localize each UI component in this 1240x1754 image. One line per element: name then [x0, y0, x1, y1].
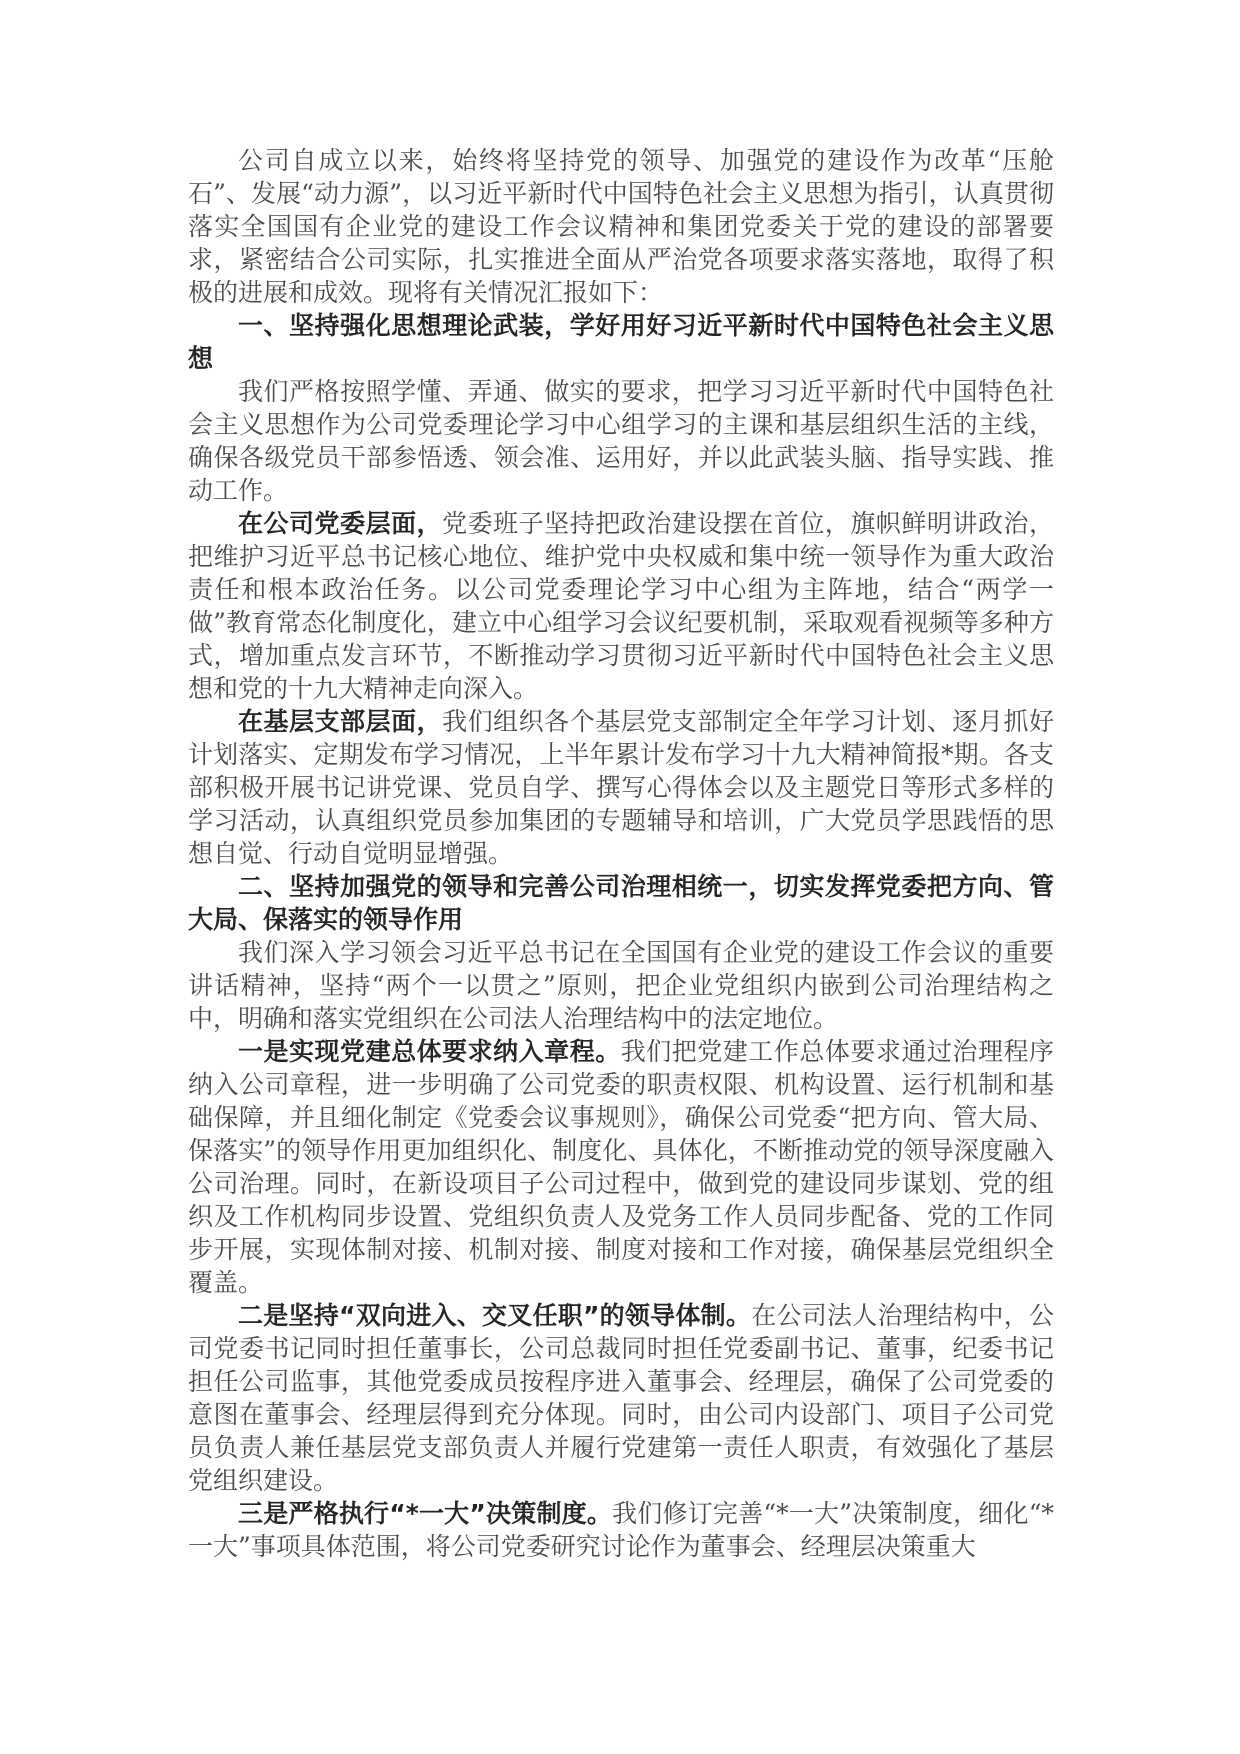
paragraph-text: 在公司法人治理结构中，公司党委书记同时担任董事长，公司总裁同时担任党委副书记、董… [188, 1301, 1054, 1495]
paragraph: 在基层支部层面，我们组织各个基层党支部制定全年学习计划、逐月抓好计划落实、定期发… [188, 705, 1054, 870]
paragraph: 二是坚持“双向进入、交叉任职”的领导体制。在公司法人治理结构中，公司党委书记同时… [188, 1299, 1054, 1497]
section-heading: 二、坚持加强党的领导和完善公司治理相统一，切实发挥党委把方向、管大局、保落实的领… [188, 870, 1054, 936]
paragraph: 三是严格执行“*一大”决策制度。我们修订完善“*一大”决策制度，细化“*一大”事… [188, 1497, 1054, 1563]
paragraph-lead: 三是严格执行“*一大”决策制度。 [238, 1499, 612, 1528]
paragraph-text: 公司自成立以来，始终将坚持党的领导、加强党的建设作为改革“压舱石”、发展“动力源… [188, 146, 1054, 307]
paragraph: 公司自成立以来，始终将坚持党的领导、加强党的建设作为改革“压舱石”、发展“动力源… [188, 144, 1054, 309]
paragraph-text: 我们深入学习领会习近平总书记在全国国有企业党的建设工作会议的重要讲话精神，坚持“… [188, 938, 1054, 1033]
paragraph-lead: 在公司党委层面， [238, 509, 442, 538]
heading-text: 二、坚持加强党的领导和完善公司治理相统一，切实发挥党委把方向、管大局、保落实的领… [188, 872, 1054, 934]
paragraph: 我们严格按照学懂、弄通、做实的要求，把学习习近平新时代中国特色社会主义思想作为公… [188, 375, 1054, 507]
paragraph-lead: 一是实现党建总体要求纳入章程。 [238, 1037, 621, 1066]
paragraph: 我们深入学习领会习近平总书记在全国国有企业党的建设工作会议的重要讲话精神，坚持“… [188, 936, 1054, 1035]
paragraph: 在公司党委层面，党委班子坚持把政治建设摆在首位，旗帜鲜明讲政治，把维护习近平总书… [188, 507, 1054, 705]
paragraph-text: 我们严格按照学懂、弄通、做实的要求，把学习习近平新时代中国特色社会主义思想作为公… [188, 377, 1054, 505]
document-body: 公司自成立以来，始终将坚持党的领导、加强党的建设作为改革“压舱石”、发展“动力源… [188, 144, 1054, 1563]
heading-text: 一、坚持强化思想理论武装，学好用好习近平新时代中国特色社会主义思想 [188, 311, 1054, 373]
paragraph: 一是实现党建总体要求纳入章程。我们把党建工作总体要求通过治理程序纳入公司章程，进… [188, 1035, 1054, 1299]
paragraph-lead: 在基层支部层面， [238, 707, 442, 736]
paragraph-lead: 二是坚持“双向进入、交叉任职”的领导体制。 [238, 1301, 751, 1330]
section-heading: 一、坚持强化思想理论武装，学好用好习近平新时代中国特色社会主义思想 [188, 309, 1054, 375]
paragraph-text: 党委班子坚持把政治建设摆在首位，旗帜鲜明讲政治，把维护习近平总书记核心地位、维护… [188, 509, 1054, 703]
paragraph-text: 我们把党建工作总体要求通过治理程序纳入公司章程，进一步明确了公司党委的职责权限、… [188, 1037, 1054, 1297]
document-page: 公司自成立以来，始终将坚持党的领导、加强党的建设作为改革“压舱石”、发展“动力源… [0, 0, 1240, 1754]
